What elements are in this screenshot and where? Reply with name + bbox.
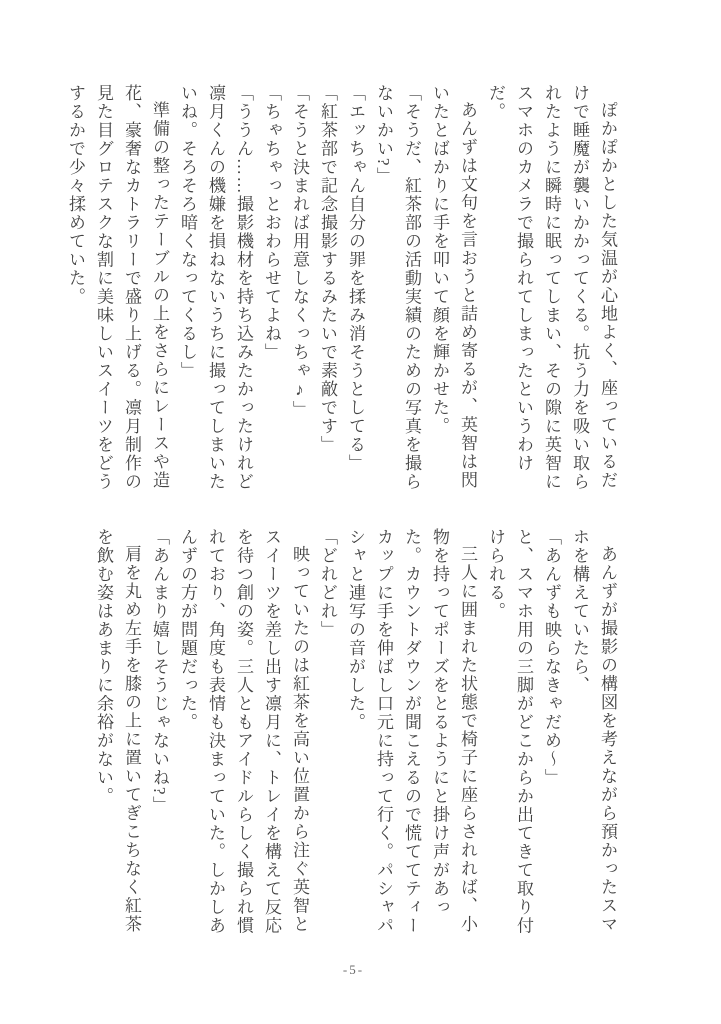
paragraph: と、スマホ用の三脚がどこからか出てきて取り付けられる。: [481, 528, 537, 938]
paragraph: ぽかぽかとした気温が心地よく、座っているだけで睡魔が襲いかかってくる。抗う力を吸…: [481, 84, 621, 494]
paragraph: 映っていたのは紅茶を高い位置から注ぐ英智とスイーツを差し出す凛月に、トレイを構え…: [173, 528, 313, 938]
dialogue-line: 「ちゃちゃっとおわらせてよね」: [257, 84, 285, 494]
dialogue-line: 「あんまり嬉しそうじゃないね?」: [145, 528, 173, 938]
paragraph: 三人に囲まれた状態で椅子に座らされれば、小物を持ってポーズをとるようにと掛け声が…: [341, 528, 481, 938]
dialogue-line: 「エッちゃん自分の罪を揉み消そうとしてる」: [341, 84, 369, 494]
paragraph: あんずは文句を言おうと詰め寄るが、英智は閃いたとばかりに手を叩いて顔を輝かせた。: [425, 84, 481, 494]
dialogue-line: 「どれどれ」: [313, 528, 341, 938]
dialogue-line: 「あんずも映らなきゃだめ〜」: [537, 528, 565, 938]
paragraph: 準備の整ったテーブルの上をさらにレースや造花、豪奢なカトラリーで盛り上げる。凛月…: [61, 84, 173, 494]
dialogue-line: 「そうだ、紅茶部の活動実績のための写真を撮らないかい?」: [369, 84, 425, 494]
paragraph: 肩を丸め左手を膝の上に置いてぎこちなく紅茶を飲む姿はあまりに余裕がない。: [89, 528, 145, 938]
page-number: -5-: [0, 962, 707, 978]
dialogue-line: 「ううん……撮影機材を持ち込みたかったけれど凛月くんの機嫌を損ねないうちに撮って…: [173, 84, 257, 494]
text-block-bottom: あんずが撮影の構図を考えながら預かったスマホを構えていたら、 「あんずも映らなき…: [89, 528, 621, 938]
dialogue-line: 「紅茶部で記念撮影するみたいで素敵です」: [313, 84, 341, 494]
dialogue-line: 「そうと決まれば用意しなくっちゃ♪」: [285, 84, 313, 494]
paragraph: あんずが撮影の構図を考えながら預かったスマホを構えていたら、: [565, 528, 621, 938]
novel-page: ぽかぽかとした気温が心地よく、座っているだけで睡魔が襲いかかってくる。抗う力を吸…: [0, 0, 721, 1024]
text-block-top: ぽかぽかとした気温が心地よく、座っているだけで睡魔が襲いかかってくる。抗う力を吸…: [61, 84, 621, 494]
